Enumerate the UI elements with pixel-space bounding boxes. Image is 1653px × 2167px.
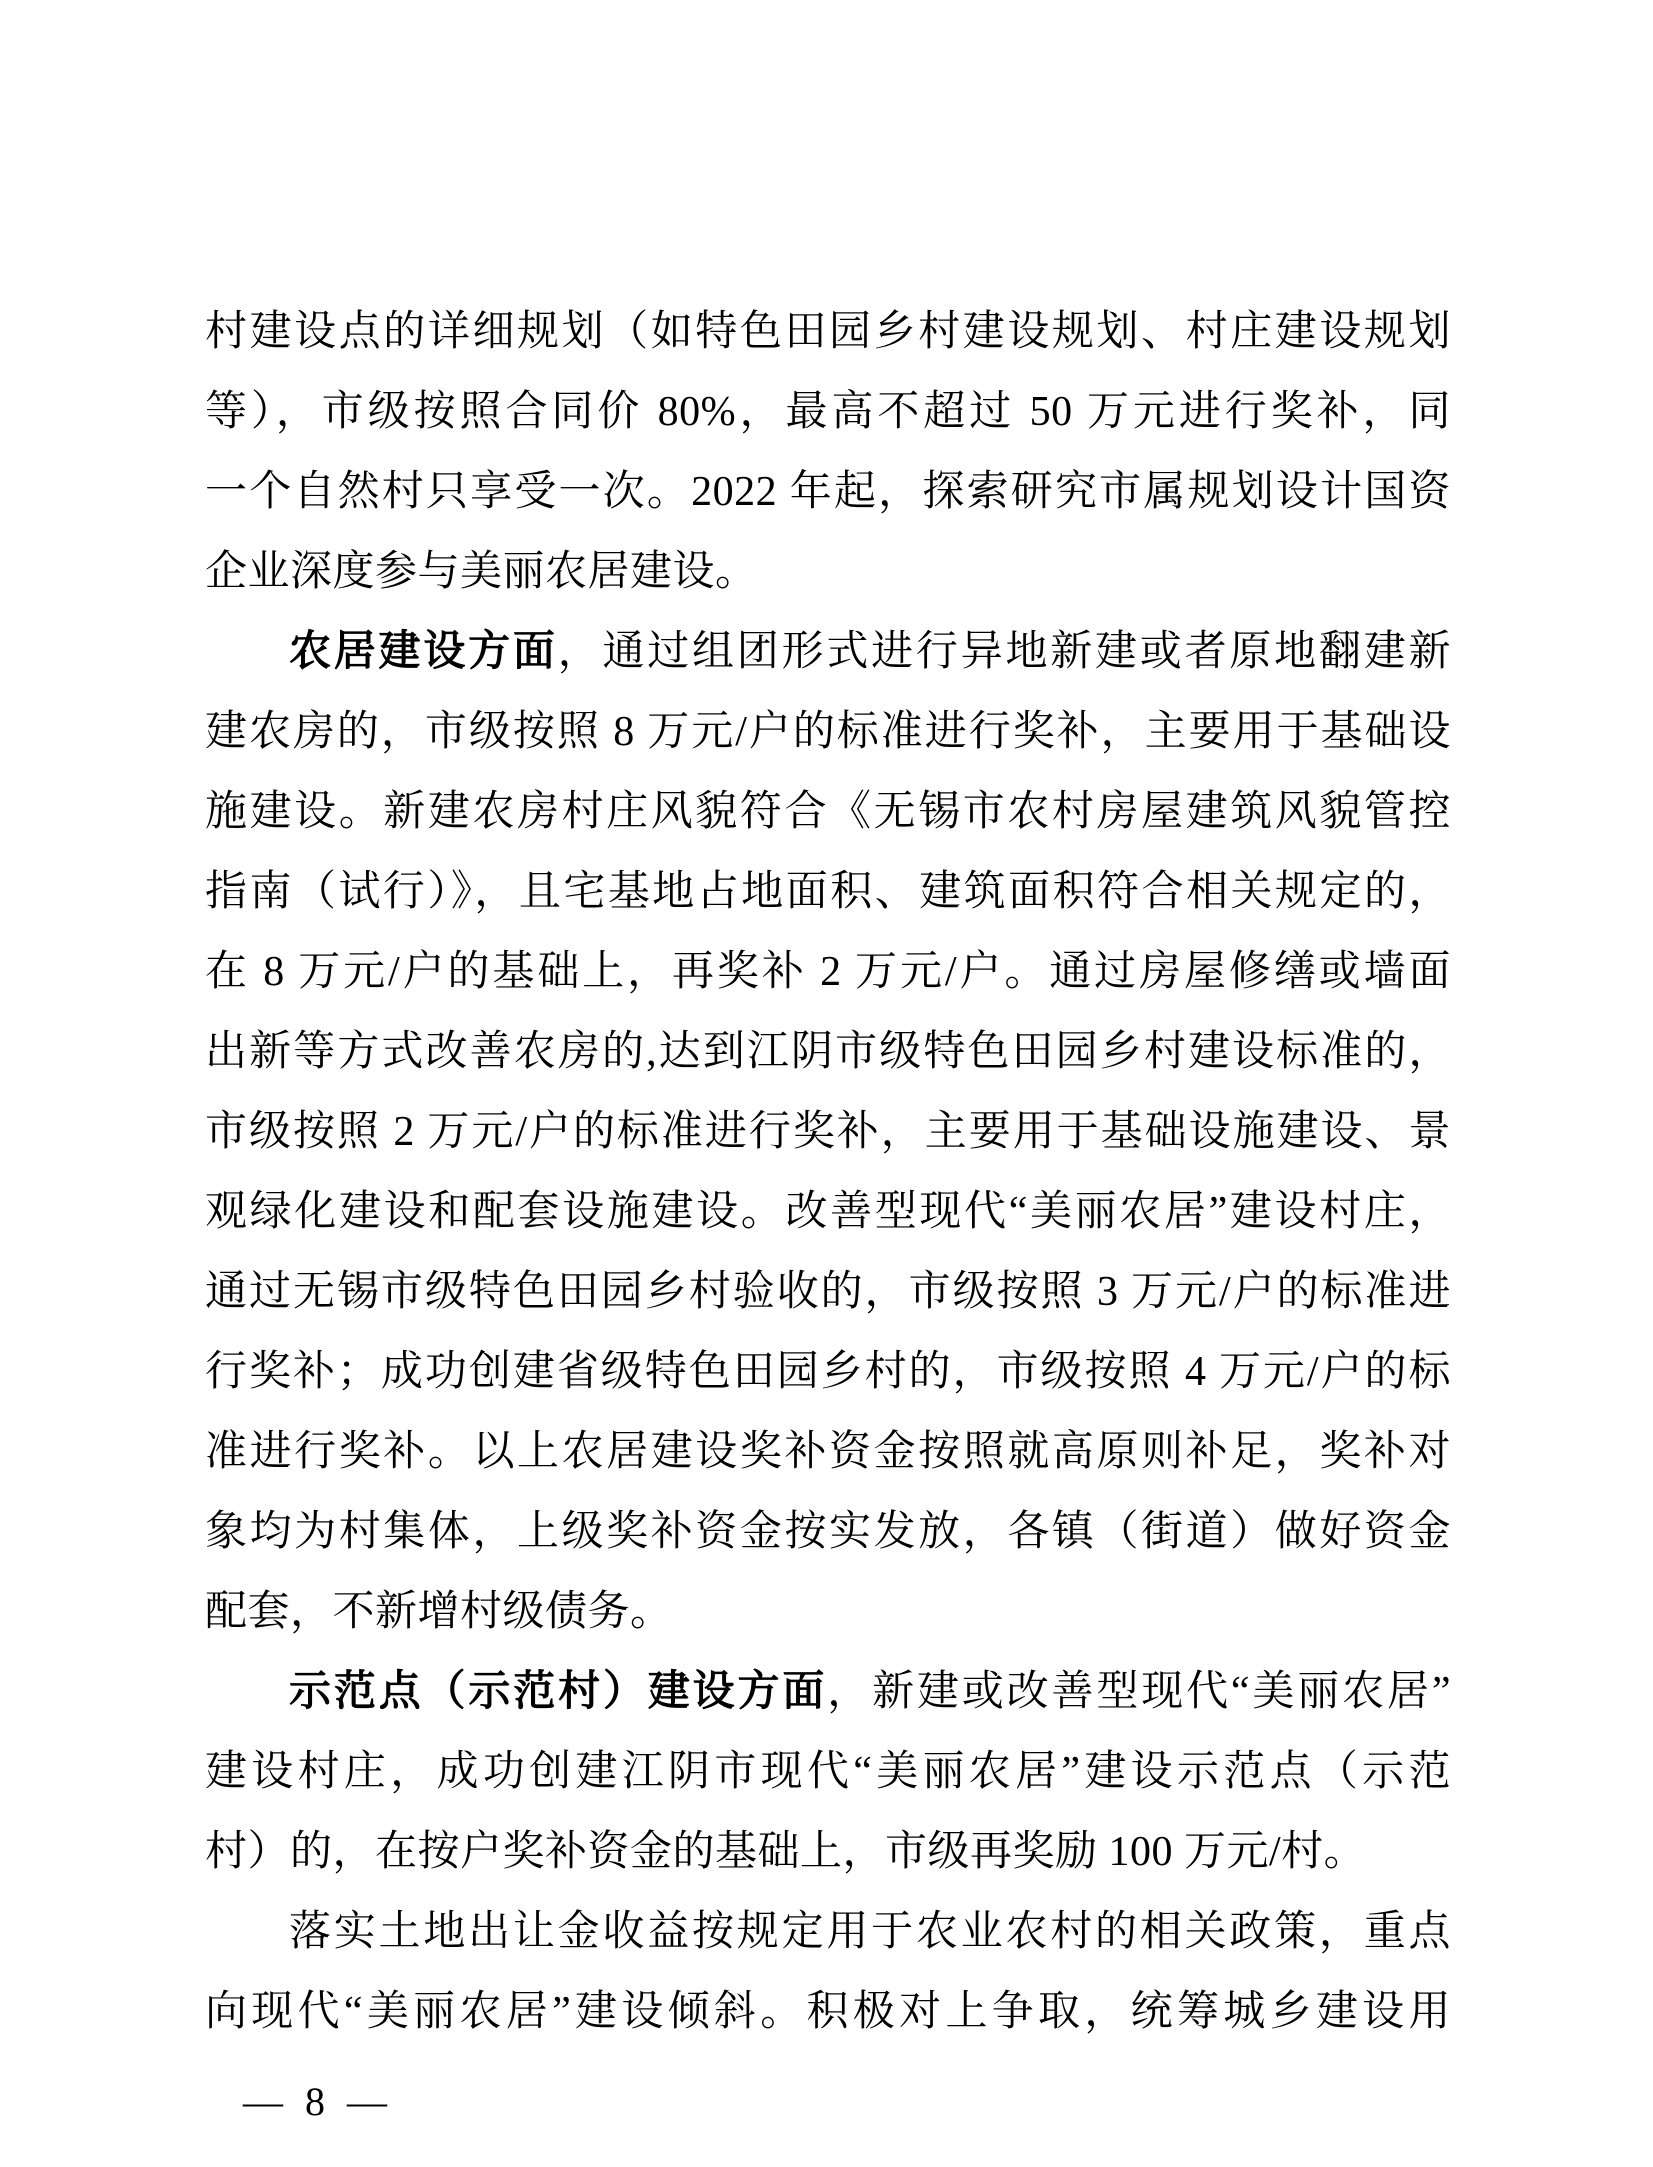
text-line: 行奖补；成功创建省级特色田园乡村的，市级按照 4 万元/户的标 (205, 1332, 1451, 1412)
text-line: 市级按照 2 万元/户的标准进行奖补，主要用于基础设施建设、景 (205, 1092, 1451, 1172)
text-segment: 准进行奖补。以上农居建设奖补资金按照就高原则补足，奖补对 (205, 1429, 1451, 1475)
document-body: 村建设点的详细规划（如特色田园乡村建设规划、村庄建设规划等），市级按照合同价 8… (205, 292, 1451, 2052)
text-segment: 市级按照 2 万元/户的标准进行奖补，主要用于基础设施建设、景 (205, 1109, 1451, 1155)
text-line: 准进行奖补。以上农居建设奖补资金按照就高原则补足，奖补对 (205, 1412, 1451, 1492)
text-segment: 等），市级按照合同价 80%，最高不超过 50 万元进行奖补，同 (205, 389, 1451, 435)
text-line: 建设村庄，成功创建江阴市现代“美丽农居”建设示范点（示范 (205, 1732, 1451, 1812)
text-segment: 一个自然村只享受一次。2022 年起，探索研究市属规划设计国资 (205, 469, 1451, 515)
text-segment: 建农房的，市级按照 8 万元/户的标准进行奖补，主要用于基础设 (205, 709, 1451, 755)
text-segment: 观绿化建设和配套设施建设。改善型现代“美丽农居”建设村庄， (205, 1189, 1451, 1235)
text-segment: ，新建或改善型现代“美丽农居” (827, 1669, 1451, 1715)
text-line: 等），市级按照合同价 80%，最高不超过 50 万元进行奖补，同 (205, 372, 1451, 452)
page-number: — 8 — (243, 2072, 393, 2132)
text-line: 通过无锡市级特色田园乡村验收的，市级按照 3 万元/户的标准进 (205, 1252, 1451, 1332)
text-line: 村建设点的详细规划（如特色田园乡村建设规划、村庄建设规划 (205, 292, 1451, 372)
text-line: 出新等方式改善农房的,达到江阴市级特色田园乡村建设标准的， (205, 1012, 1451, 1092)
text-line: 在 8 万元/户的基础上，再奖补 2 万元/户。通过房屋修缮或墙面 (205, 932, 1451, 1012)
text-line: 向现代“美丽农居”建设倾斜。积极对上争取，统筹城乡建设用 (205, 1972, 1451, 2052)
text-segment: 建设村庄，成功创建江阴市现代“美丽农居”建设示范点（示范 (205, 1749, 1451, 1795)
paragraph-lead: 示范点（示范村）建设方面 (289, 1669, 827, 1715)
text-line: 一个自然村只享受一次。2022 年起，探索研究市属规划设计国资 (205, 452, 1451, 532)
text-line: 施建设。新建农房村庄风貌符合《无锡市农村房屋建筑风貌管控 (205, 772, 1451, 852)
text-line: 配套，不新增村级债务。 (205, 1572, 1451, 1652)
text-segment: 落实土地出让金收益按规定用于农业农村的相关政策，重点 (289, 1909, 1451, 1955)
paragraph-lead: 农居建设方面 (289, 629, 558, 675)
text-segment: ，通过组团形式进行异地新建或者原地翻建新 (558, 629, 1451, 675)
text-segment: 村建设点的详细规划（如特色田园乡村建设规划、村庄建设规划 (205, 309, 1451, 355)
text-segment: 在 8 万元/户的基础上，再奖补 2 万元/户。通过房屋修缮或墙面 (205, 949, 1451, 995)
text-segment: 出新等方式改善农房的,达到江阴市级特色田园乡村建设标准的， (205, 1029, 1451, 1075)
text-line: 象均为村集体，上级奖补资金按实发放，各镇（街道）做好资金 (205, 1492, 1451, 1572)
text-line: 落实土地出让金收益按规定用于农业农村的相关政策，重点 (205, 1892, 1451, 1972)
text-segment: 施建设。新建农房村庄风貌符合《无锡市农村房屋建筑风貌管控 (205, 789, 1451, 835)
text-line: 企业深度参与美丽农居建设。 (205, 532, 1451, 612)
text-line: 观绿化建设和配套设施建设。改善型现代“美丽农居”建设村庄， (205, 1172, 1451, 1252)
text-segment: 行奖补；成功创建省级特色田园乡村的，市级按照 4 万元/户的标 (205, 1349, 1451, 1395)
document-page: 村建设点的详细规划（如特色田园乡村建设规划、村庄建设规划等），市级按照合同价 8… (0, 0, 1653, 2167)
text-segment: 向现代“美丽农居”建设倾斜。积极对上争取，统筹城乡建设用 (205, 1989, 1451, 2035)
text-line: 村）的，在按户奖补资金的基础上，市级再奖励 100 万元/村。 (205, 1812, 1451, 1892)
text-segment: 指南（试行）》，且宅基地占地面积、建筑面积符合相关规定的， (205, 869, 1451, 915)
text-segment: 通过无锡市级特色田园乡村验收的，市级按照 3 万元/户的标准进 (205, 1269, 1451, 1315)
text-segment: 象均为村集体，上级奖补资金按实发放，各镇（街道）做好资金 (205, 1509, 1451, 1555)
text-segment: 配套，不新增村级债务。 (205, 1589, 673, 1635)
text-segment: 企业深度参与美丽农居建设。 (205, 549, 758, 595)
text-line: 示范点（示范村）建设方面，新建或改善型现代“美丽农居” (205, 1652, 1451, 1732)
text-line: 指南（试行）》，且宅基地占地面积、建筑面积符合相关规定的， (205, 852, 1451, 932)
text-segment: 村）的，在按户奖补资金的基础上，市级再奖励 100 万元/村。 (205, 1829, 1366, 1875)
text-line: 建农房的，市级按照 8 万元/户的标准进行奖补，主要用于基础设 (205, 692, 1451, 772)
text-line: 农居建设方面，通过组团形式进行异地新建或者原地翻建新 (205, 612, 1451, 692)
